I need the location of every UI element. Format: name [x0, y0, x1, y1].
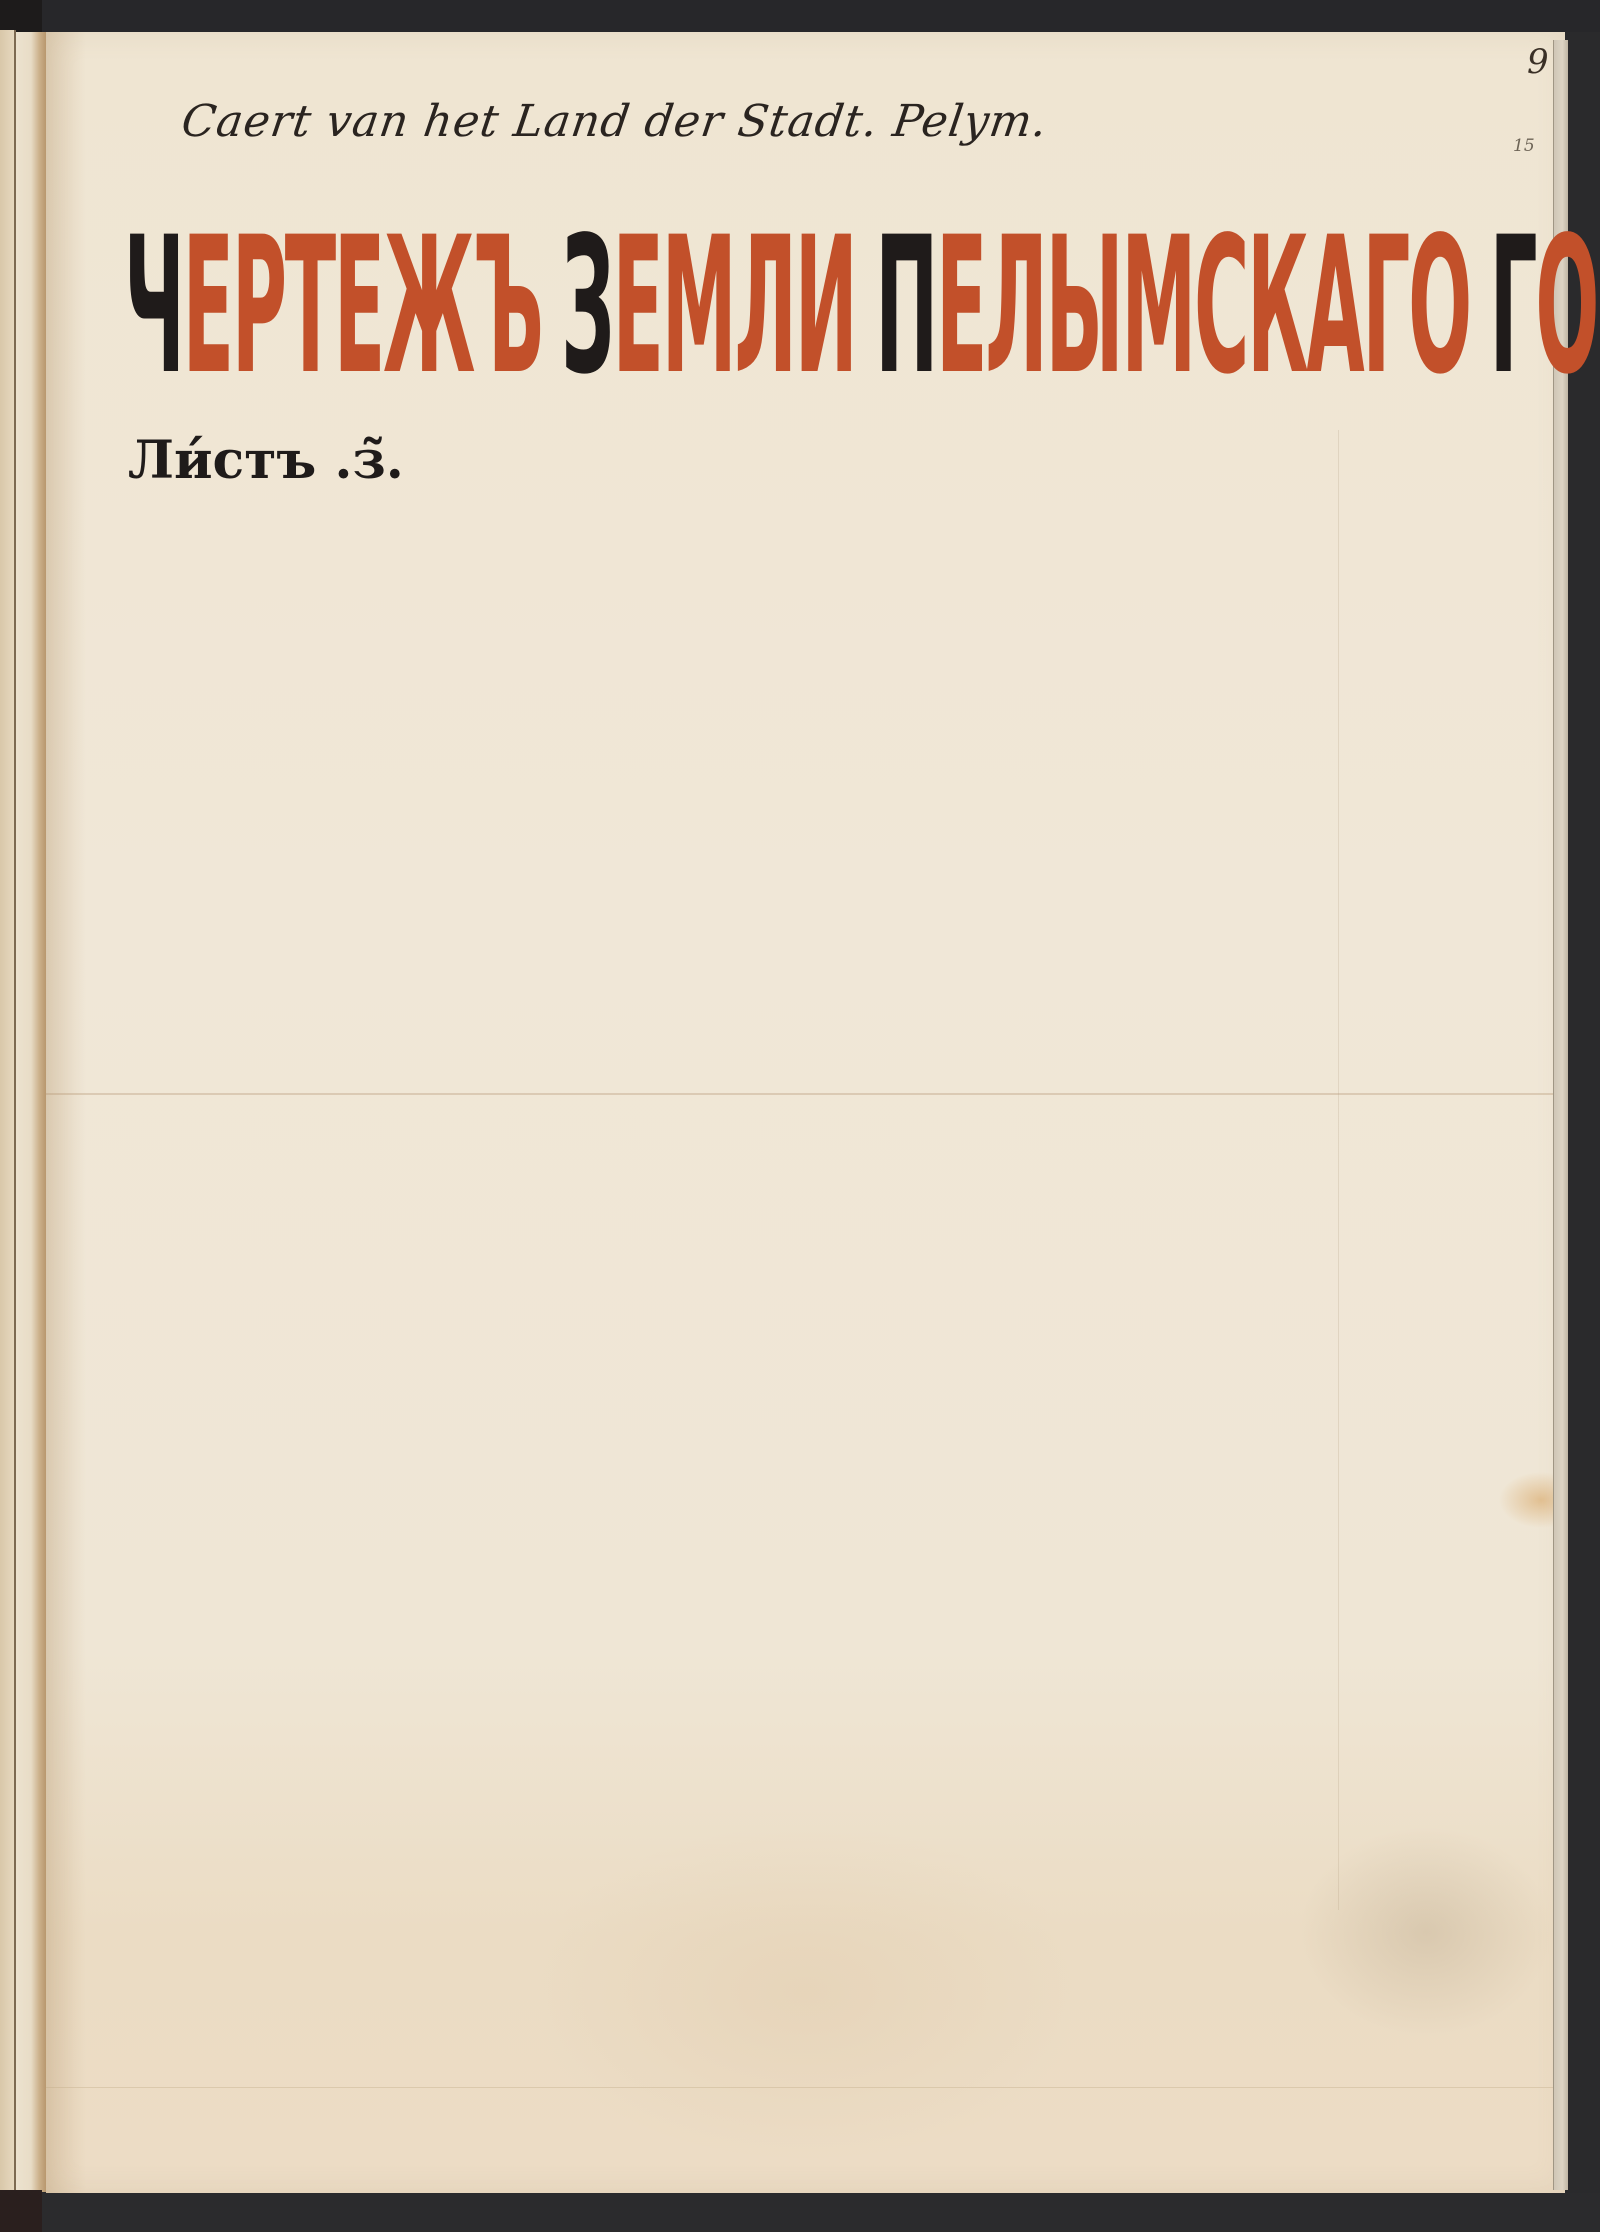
- title-word-rest: ЕМЛИ: [613, 212, 856, 401]
- title-initial: Ч: [124, 212, 183, 401]
- title-initial: П: [875, 212, 936, 401]
- show-through-line: [1338, 430, 1339, 1910]
- scan-background-top: [0, 0, 1600, 32]
- title-word-pelymskago: П ЕЛЫМСКАГО: [875, 212, 1470, 401]
- scan-background-bottom: [0, 2193, 1600, 2232]
- title-initial: З: [561, 212, 612, 401]
- title-word-goroda: Г ОРОДА: [1490, 212, 1600, 401]
- title-word-rest: ОРОДА: [1535, 212, 1600, 401]
- page-number: 9: [1527, 42, 1549, 82]
- lower-paper-crease: [46, 2087, 1553, 2088]
- previous-page-edge: [0, 30, 16, 2192]
- page-title: Ч ЕРТЕЖЪ З ЕМЛИ П ЕЛЫМСКАГО Г ОРОДА: [124, 110, 1600, 400]
- horizontal-fold-line: [46, 1093, 1553, 1095]
- sheet-label: Ли́стъ .з̃.: [128, 430, 404, 491]
- title-word-rest: ЕЛЫМСКАГО: [936, 212, 1470, 401]
- title-initial: Г: [1490, 212, 1536, 401]
- title-word-rest: ЕРТЕЖЪ: [183, 212, 542, 401]
- scan-background-corner-bottom: [0, 2190, 42, 2232]
- title-word-chertezh: Ч ЕРТЕЖЪ: [124, 212, 542, 401]
- title-word-zemli: З ЕМЛИ: [561, 212, 855, 401]
- binding-gutter: [16, 32, 46, 2192]
